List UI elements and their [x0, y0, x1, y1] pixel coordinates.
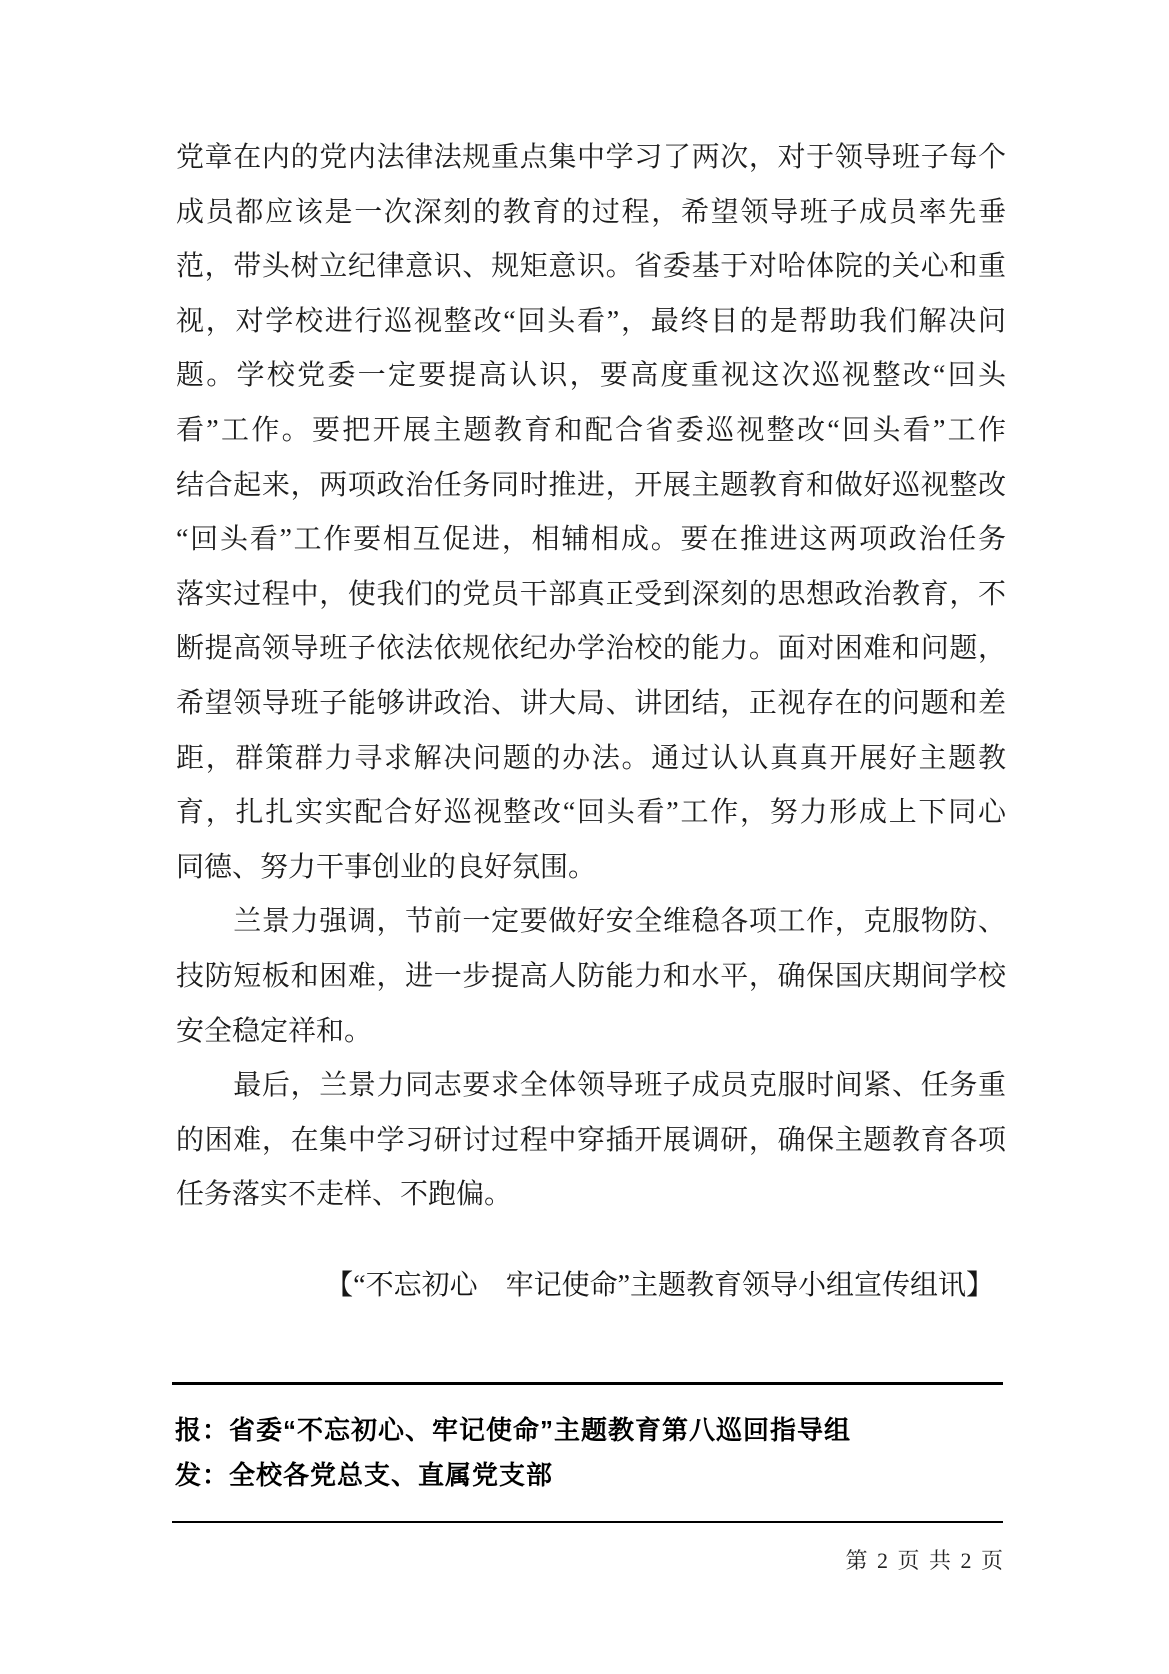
- report-to-line: 报：省委“不忘初心、牢记使命”主题教育第八巡回指导组: [175, 1413, 1015, 1447]
- body-line: 同德、努力干事创业的良好氛围。: [176, 841, 1006, 896]
- body-line: 任务落实不走样、不跑偏。: [176, 1168, 1006, 1223]
- body-line: 技防短板和困难，进一步提高人防能力和水平，确保国庆期间学校: [176, 950, 1006, 1005]
- divider-line-top: [172, 1382, 1003, 1385]
- body-line: 党章在内的党内法律法规重点集中学习了两次，对于领导班子每个: [176, 131, 1006, 186]
- body-line: 视，对学校进行巡视整改“回头看”，最终目的是帮助我们解决问: [176, 295, 1006, 350]
- body-line: 范，带头树立纪律意识、规矩意识。省委基于对哈体院的关心和重: [176, 240, 1006, 295]
- page-number: 第 2 页 共 2 页: [845, 1546, 1005, 1576]
- body-line: 落实过程中，使我们的党员干部真正受到深刻的思想政治教育，不: [176, 568, 1006, 623]
- body-line: 结合起来，两项政治任务同时推进，开展主题教育和做好巡视整改: [176, 459, 1006, 514]
- body-line: 最后，兰景力同志要求全体领导班子成员克服时间紧、任务重: [176, 1059, 1006, 1114]
- body-line: 的困难，在集中学习研讨过程中穿插开展调研，确保主题教育各项: [176, 1114, 1006, 1169]
- body-line: 希望领导班子能够讲政治、讲大局、讲团结，正视存在的问题和差: [176, 677, 1006, 732]
- document-page: 党章在内的党内法律法规重点集中学习了两次，对于领导班子每个成员都应该是一次深刻的…: [0, 0, 1169, 1674]
- issued-to-line: 发：全校各党总支、直属党支部: [175, 1458, 1015, 1492]
- document-body: 党章在内的党内法律法规重点集中学习了两次，对于领导班子每个成员都应该是一次深刻的…: [176, 131, 1006, 1223]
- body-line: “回头看”工作要相互促进，相辅相成。要在推进这两项政治任务: [176, 513, 1006, 568]
- body-line: 断提高领导班子依法依规依纪办学治校的能力。面对困难和问题，: [176, 622, 1006, 677]
- body-line: 题。学校党委一定要提高认识，要高度重视这次巡视整改“回头: [176, 349, 1006, 404]
- body-line: 安全稳定祥和。: [176, 1005, 1006, 1060]
- body-line: 距，群策群力寻求解决问题的办法。通过认认真真开展好主题教: [176, 732, 1006, 787]
- body-line: 成员都应该是一次深刻的教育的过程，希望领导班子成员率先垂: [176, 186, 1006, 241]
- divider-line-bottom: [172, 1521, 1003, 1523]
- body-line: 兰景力强调，节前一定要做好安全维稳各项工作，克服物防、: [176, 895, 1006, 950]
- signature-line: 【“不忘初心 牢记使命”主题教育领导小组宣传组讯】: [176, 1264, 1006, 1308]
- body-line: 育，扎扎实实配合好巡视整改“回头看”工作，努力形成上下同心: [176, 786, 1006, 841]
- body-line: 看”工作。要把开展主题教育和配合省委巡视整改“回头看”工作: [176, 404, 1006, 459]
